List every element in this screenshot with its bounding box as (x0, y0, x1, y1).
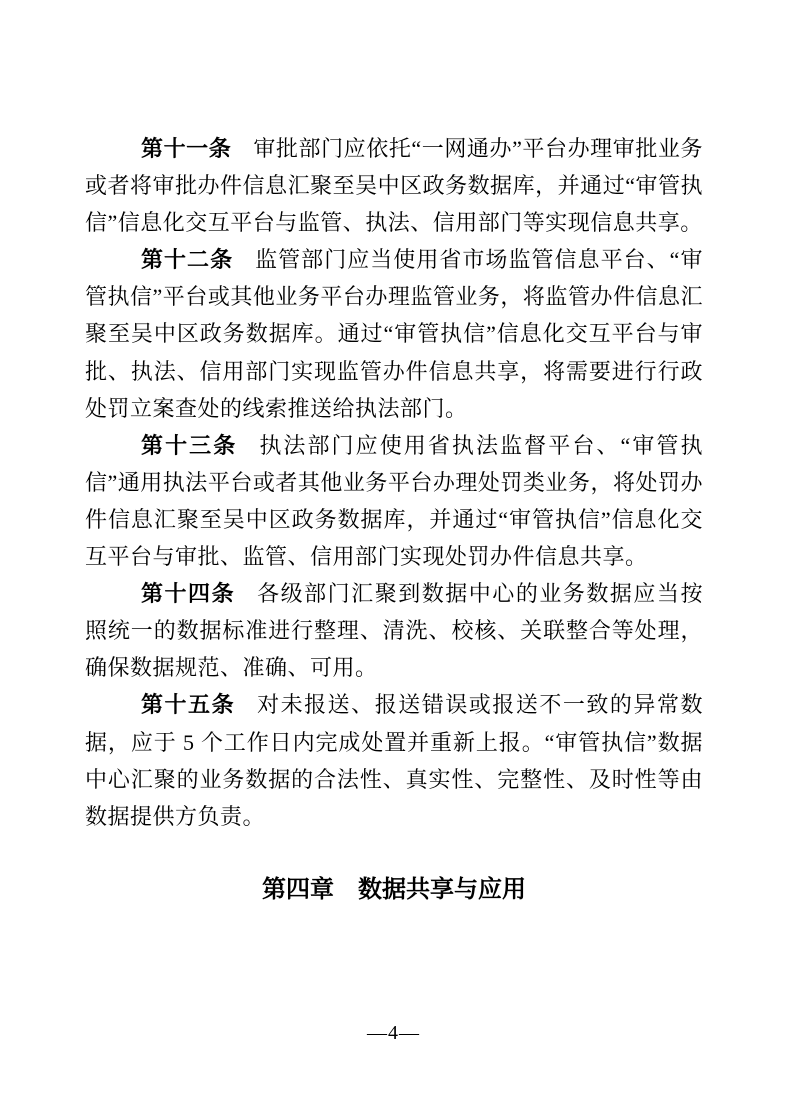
article-number: 第十一条 (141, 136, 231, 161)
article-paragraph-12: 第十二条监管部门应当使用省市场监管信息平台、“审管执信”平台或其他业务平台办理监… (85, 241, 703, 426)
chapter-title: 数据共享与应用 (358, 876, 526, 903)
article-paragraph-13: 第十三条执法部门应使用省执法监督平台、“审管执信”通用执法平台或者其他业务平台办… (85, 427, 703, 575)
page-number: —4— (0, 1021, 787, 1045)
chapter-number: 第四章 (262, 876, 334, 903)
article-paragraph-11: 第十一条审批部门应依托“一网通办”平台办理审批业务或者将审批办件信息汇聚至吴中区… (85, 130, 703, 241)
article-paragraph-14: 第十四条各级部门汇聚到数据中心的业务数据应当按照统一的数据标准进行整理、清洗、校… (85, 575, 703, 686)
article-number: 第十三条 (141, 433, 237, 458)
article-paragraph-15: 第十五条对未报送、报送错误或报送不一致的异常数据，应于 5 个工作日内完成处置并… (85, 686, 703, 834)
article-number: 第十四条 (141, 581, 235, 606)
article-number: 第十二条 (141, 247, 233, 272)
article-number: 第十五条 (141, 692, 235, 717)
chapter-heading: 第四章数据共享与应用 (85, 871, 703, 909)
document-body: 第十一条审批部门应依托“一网通办”平台办理审批业务或者将审批办件信息汇聚至吴中区… (85, 130, 703, 909)
article-text: 监管部门应当使用省市场监管信息平台、“审管执信”平台或其他业务平台办理监管业务，… (85, 247, 703, 420)
document-page: 第十一条审批部门应依托“一网通办”平台办理审批业务或者将审批办件信息汇聚至吴中区… (0, 0, 787, 1116)
